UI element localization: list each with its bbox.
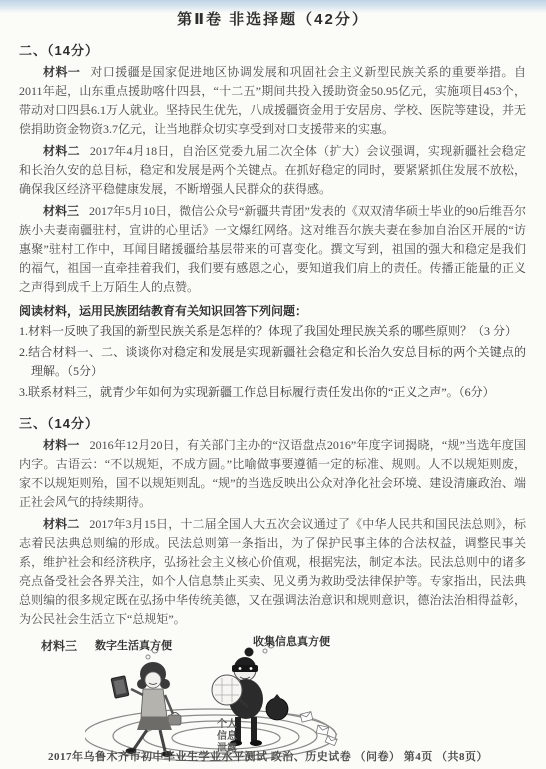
woman-with-tablet-figure	[111, 647, 181, 757]
material-label: 材料一	[43, 438, 80, 452]
thought-bubble-icon	[146, 655, 150, 659]
tablet-icon	[111, 676, 129, 698]
section-two-heading: 二、（14分）	[19, 40, 526, 59]
thought-bubble-icon	[263, 649, 267, 653]
arm	[131, 689, 143, 695]
handbag-icon	[168, 713, 181, 726]
scan-edge-band	[0, 0, 546, 13]
material-paragraph: 材料三2017年5月10日，微信公众号“新疆共青团”发表的《双双清华硕士毕业的9…	[19, 202, 526, 297]
material-label: 材料一	[43, 65, 80, 79]
section-three-heading: 三、（14分）	[19, 413, 526, 432]
mask-icon	[232, 665, 258, 672]
question-1: 1.材料一反映了我国的新型民族关系是怎样的？体现了我国处理民族关系的哪些原则？（…	[19, 322, 526, 341]
torso	[141, 689, 167, 717]
leg	[251, 717, 257, 741]
skirt	[137, 717, 172, 730]
material-label: 材料三	[43, 204, 79, 218]
question-3: 3.联系材料三，就青少年如何为实现新疆工作总目标履行责任发出你的“正义之声”。（…	[19, 383, 526, 402]
material-label: 材料二	[43, 144, 80, 158]
material-label: 材料二	[43, 517, 79, 531]
section-two: 二、（14分） 材料一对口援疆是国家促进地区协调发展和巩固社会主义新型民族关系的…	[19, 40, 526, 402]
page-content: 二、（14分） 材料一对口援疆是国家促进地区协调发展和巩固社会主义新型民族关系的…	[0, 40, 546, 769]
question-2: 2.结合材料一、二、谈谈你对稳定和发展是实现新疆社会稳定和长治久安总目标的两个关…	[19, 343, 526, 381]
shoe	[250, 740, 262, 746]
material-text: 2017年4月18日，自治区党委九届二次全体（扩大）会议强调，实现新疆社会稳定和…	[19, 144, 526, 196]
loot-bag-icon	[266, 694, 288, 720]
face	[145, 672, 161, 688]
section-three: 三、（14分） 材料一2016年12月20日，有关部门主办的“汉语盘点2016”…	[19, 413, 526, 769]
material-paragraph: 材料二2017年4月18日，自治区党委九届二次全体（扩大）会议强调，实现新疆社会…	[19, 142, 526, 199]
leg	[134, 730, 147, 749]
material-text: 对口援疆是国家促进地区协调发展和巩固社会主义新型民族关系的重要举措。自2011年…	[19, 65, 526, 136]
material-paragraph: 材料一2016年12月20日，有关部门主办的“汉语盘点2016”年度字词揭晓，“…	[19, 436, 526, 512]
material-text: 2017年5月10日，微信公众号“新疆共青团”发表的《双双清华硕士毕业的90后维…	[19, 204, 526, 294]
material-paragraph: 材料二2017年3月15日，十二届全国人大五次会议通过了《中华人民共和国民法总则…	[19, 515, 526, 629]
left-speech-text: 数字生活真方便	[95, 637, 172, 653]
material-text: 2017年3月15日，十二届全国人大五次会议通过了《中华人民共和国民法总则》，标…	[19, 517, 526, 626]
material-text: 2016年12月20日，有关部门主办的“汉语盘点2016”年度字词揭晓，“规”当…	[19, 438, 526, 509]
exam-paper-page: 第Ⅱ卷 非选择题（42分） 二、（14分） 材料一对口援疆是国家促进地区协调发展…	[0, 0, 546, 769]
answer-instruction: 阅读材料，运用民族团结教育有关知识回答下列问题：	[19, 302, 526, 319]
material-paragraph: 材料一对口援疆是国家促进地区协调发展和巩固社会主义新型民族关系的重要举措。自20…	[19, 63, 526, 139]
right-speech-text: 收集信息真方便	[253, 633, 330, 649]
page-footer: 2017年乌鲁木齐市初中毕业生学业水平测试 政治、历史试卷 （问卷） 第4页 （…	[48, 748, 488, 764]
material-label: 材料三	[19, 637, 77, 654]
